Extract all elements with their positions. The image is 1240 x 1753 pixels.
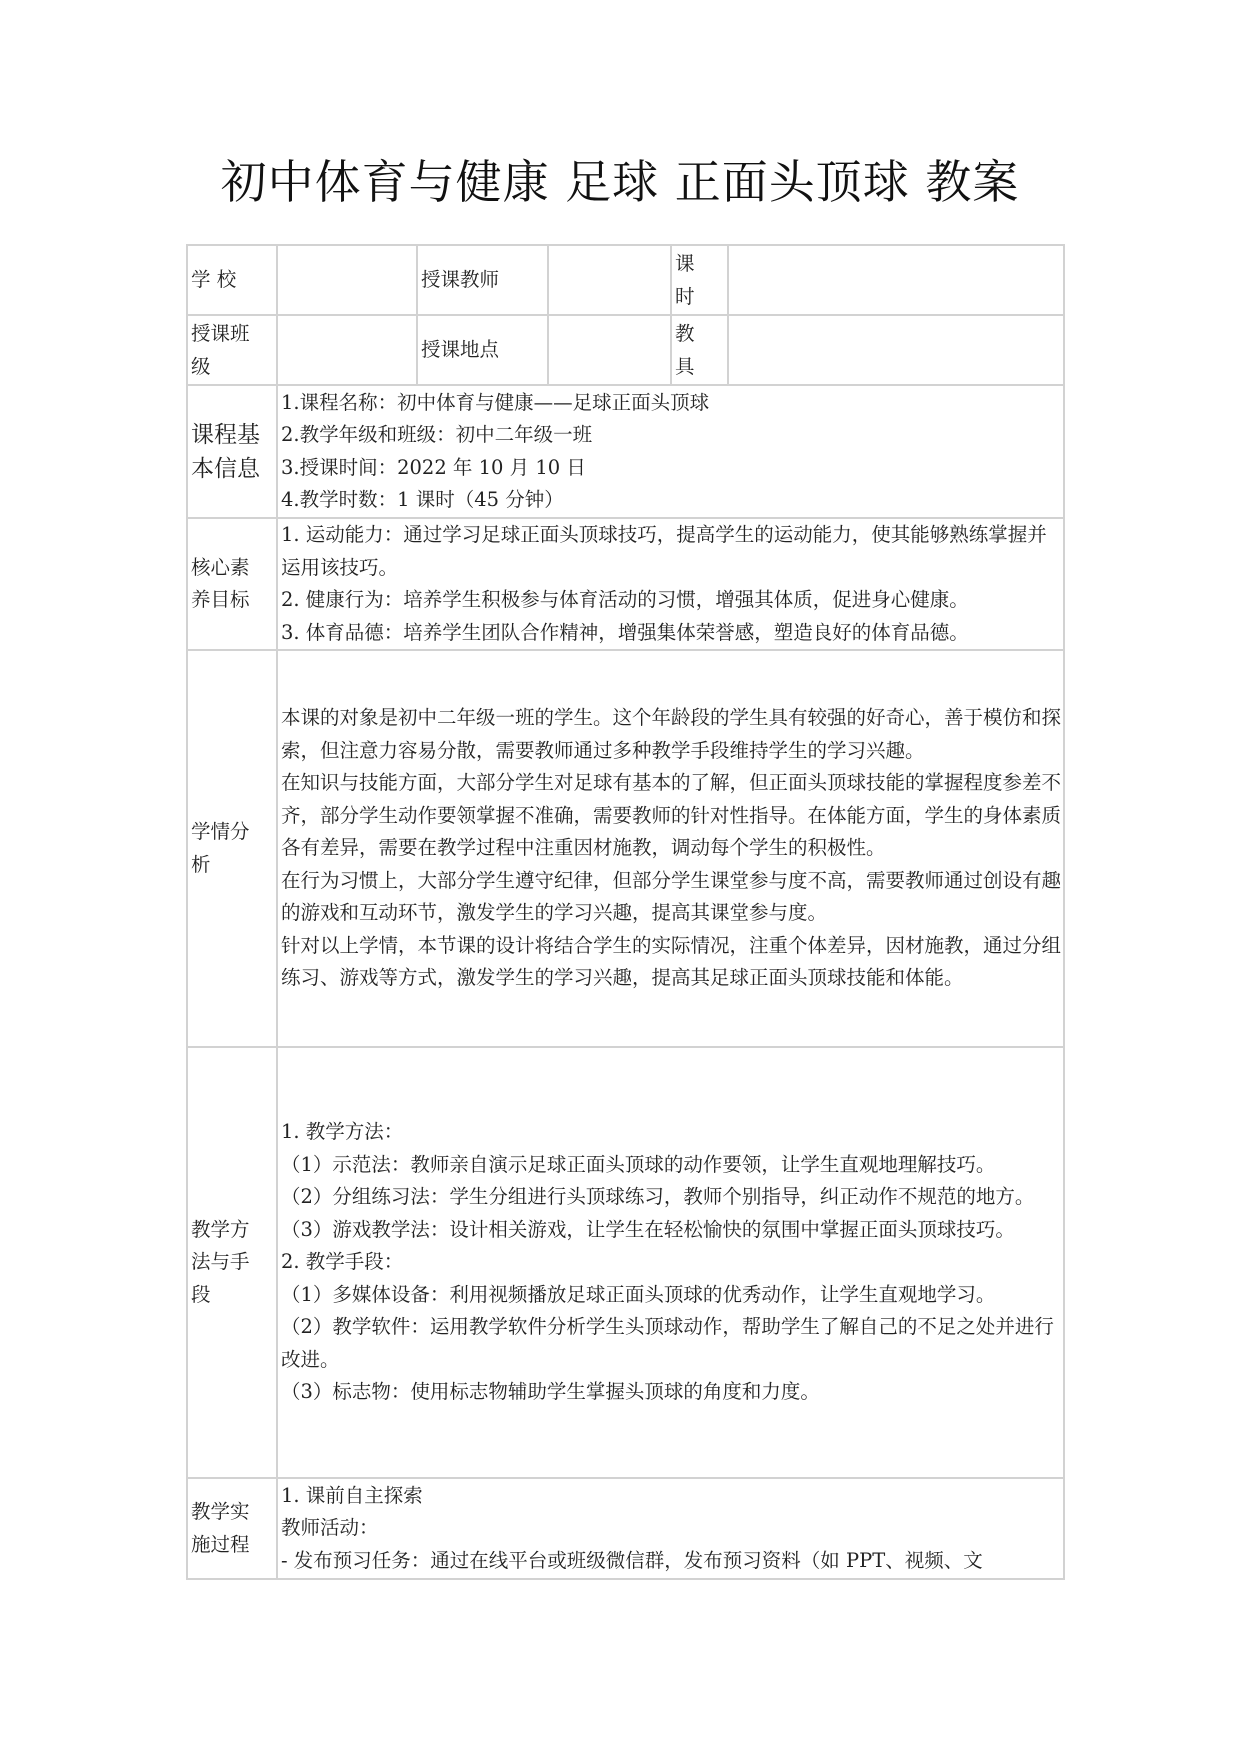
class-label: 授课班 级 (187, 315, 277, 385)
class-hours-label-line2: 时 (675, 280, 727, 313)
equipment-label-line2: 具 (675, 350, 727, 383)
core-goals-label-line2: 养目标 (191, 584, 276, 617)
core-goals-label-line1: 核心素 (191, 552, 276, 585)
basic-info-label-line2: 本信息 (191, 452, 276, 486)
methods-label-line1: 教学方 (191, 1214, 276, 1247)
basic-info-line: 3.授课时间：2022 年 10 月 10 日 (281, 452, 1063, 485)
header-row-class: 授课班 级 授课地点 教 具 (187, 315, 1064, 385)
method-line: （3）游戏教学法：设计相关游戏，让学生在轻松愉快的氛围中掌握正面头顶球技巧。 (281, 1214, 1063, 1247)
process-line: - 发布预习任务：通过在线平台或班级微信群，发布预习资料（如 PPT、视频、文 (281, 1545, 1063, 1578)
method-line: （2）分组练习法：学生分组进行头顶球练习，教师个别指导，纠正动作不规范的地方。 (281, 1181, 1063, 1214)
student-analysis-label-line1: 学情分 (191, 816, 276, 849)
process-line: 教师活动： (281, 1512, 1063, 1545)
teacher-value[interactable] (548, 245, 671, 315)
basic-info-line: 1.课程名称：初中体育与健康——足球正面头顶球 (281, 387, 1063, 420)
class-value[interactable] (277, 315, 417, 385)
methods-content: 1. 教学方法： （1）示范法：教师亲自演示足球正面头顶球的动作要领，让学生直观… (277, 1047, 1064, 1478)
class-hours-label-line1: 课 (675, 247, 727, 280)
core-goal-item: 2. 健康行为：培养学生积极参与体育活动的习惯，增强其体质，促进身心健康。 (281, 584, 1063, 617)
place-label: 授课地点 (417, 315, 548, 385)
analysis-paragraph: 本课的对象是初中二年级一班的学生。这个年龄段的学生具有较强的好奇心，善于模仿和探… (281, 702, 1063, 767)
school-label: 学 校 (187, 245, 277, 315)
section-methods: 教学方 法与手 段 1. 教学方法： （1）示范法：教师亲自演示足球正面头顶球的… (187, 1047, 1064, 1478)
method-line: （3）标志物：使用标志物辅助学生掌握头顶球的角度和力度。 (281, 1376, 1063, 1409)
place-value[interactable] (548, 315, 671, 385)
class-label-line1: 授课班 (191, 317, 276, 350)
method-line: （1）多媒体设备：利用视频播放足球正面头顶球的优秀动作，让学生直观地学习。 (281, 1279, 1063, 1312)
basic-info-label-line1: 课程基 (191, 418, 276, 452)
section-student-analysis: 学情分 析 本课的对象是初中二年级一班的学生。这个年龄段的学生具有较强的好奇心，… (187, 650, 1064, 1047)
methods-label-line2: 法与手 (191, 1246, 276, 1279)
class-label-line2: 级 (191, 350, 276, 383)
process-content: 1. 课前自主探索 教师活动： - 发布预习任务：通过在线平台或班级微信群，发布… (277, 1478, 1064, 1579)
section-basic-info: 课程基 本信息 1.课程名称：初中体育与健康——足球正面头顶球 2.教学年级和班… (187, 385, 1064, 518)
analysis-paragraph: 在知识与技能方面，大部分学生对足球有基本的了解，但正面头顶球技能的掌握程度参差不… (281, 767, 1063, 865)
process-label-line1: 教学实 (191, 1496, 276, 1529)
student-analysis-content: 本课的对象是初中二年级一班的学生。这个年龄段的学生具有较强的好奇心，善于模仿和探… (277, 650, 1064, 1047)
core-goals-content: 1. 运动能力：通过学习足球正面头顶球技巧，提高学生的运动能力，使其能够熟练掌握… (277, 518, 1064, 650)
process-label: 教学实 施过程 (187, 1478, 277, 1579)
equipment-label: 教 具 (671, 315, 728, 385)
lesson-plan-table: 学 校 授课教师 课 时 授课班 级 授课地点 教 具 课程基 本信息 1.课程… (186, 244, 1065, 1580)
method-line: 1. 教学方法： (281, 1116, 1063, 1149)
basic-info-line: 4.教学时数：1 课时（45 分钟） (281, 484, 1063, 517)
class-hours-value[interactable] (728, 245, 1064, 315)
header-row-school: 学 校 授课教师 课 时 (187, 245, 1064, 315)
core-goal-item: 3. 体育品德：培养学生团队合作精神，增强集体荣誉感，塑造良好的体育品德。 (281, 617, 1063, 650)
methods-label-line3: 段 (191, 1279, 276, 1312)
method-line: 2. 教学手段： (281, 1246, 1063, 1279)
method-line: （2）教学软件：运用教学软件分析学生头顶球动作，帮助学生了解自己的不足之处并进行… (281, 1311, 1063, 1376)
core-goals-label: 核心素 养目标 (187, 518, 277, 650)
teacher-label: 授课教师 (417, 245, 548, 315)
process-label-line2: 施过程 (191, 1529, 276, 1562)
basic-info-line: 2.教学年级和班级：初中二年级一班 (281, 419, 1063, 452)
method-line: （1）示范法：教师亲自演示足球正面头顶球的动作要领，让学生直观地理解技巧。 (281, 1149, 1063, 1182)
basic-info-label: 课程基 本信息 (187, 385, 277, 518)
school-value[interactable] (277, 245, 417, 315)
equipment-value[interactable] (728, 315, 1064, 385)
core-goal-item: 1. 运动能力：通过学习足球正面头顶球技巧，提高学生的运动能力，使其能够熟练掌握… (281, 519, 1063, 584)
student-analysis-label-line2: 析 (191, 849, 276, 882)
document-title: 初中体育与健康 足球 正面头顶球 教案 (0, 150, 1240, 214)
section-process: 教学实 施过程 1. 课前自主探索 教师活动： - 发布预习任务：通过在线平台或… (187, 1478, 1064, 1579)
analysis-paragraph: 针对以上学情，本节课的设计将结合学生的实际情况，注重个体差异，因材施教，通过分组… (281, 930, 1063, 995)
methods-label: 教学方 法与手 段 (187, 1047, 277, 1478)
class-hours-label: 课 时 (671, 245, 728, 315)
basic-info-content: 1.课程名称：初中体育与健康——足球正面头顶球 2.教学年级和班级：初中二年级一… (277, 385, 1064, 518)
student-analysis-label: 学情分 析 (187, 650, 277, 1047)
section-core-goals: 核心素 养目标 1. 运动能力：通过学习足球正面头顶球技巧，提高学生的运动能力，… (187, 518, 1064, 650)
analysis-paragraph: 在行为习惯上，大部分学生遵守纪律，但部分学生课堂参与度不高，需要教师通过创设有趣… (281, 865, 1063, 930)
equipment-label-line1: 教 (675, 317, 727, 350)
process-line: 1. 课前自主探索 (281, 1480, 1063, 1513)
